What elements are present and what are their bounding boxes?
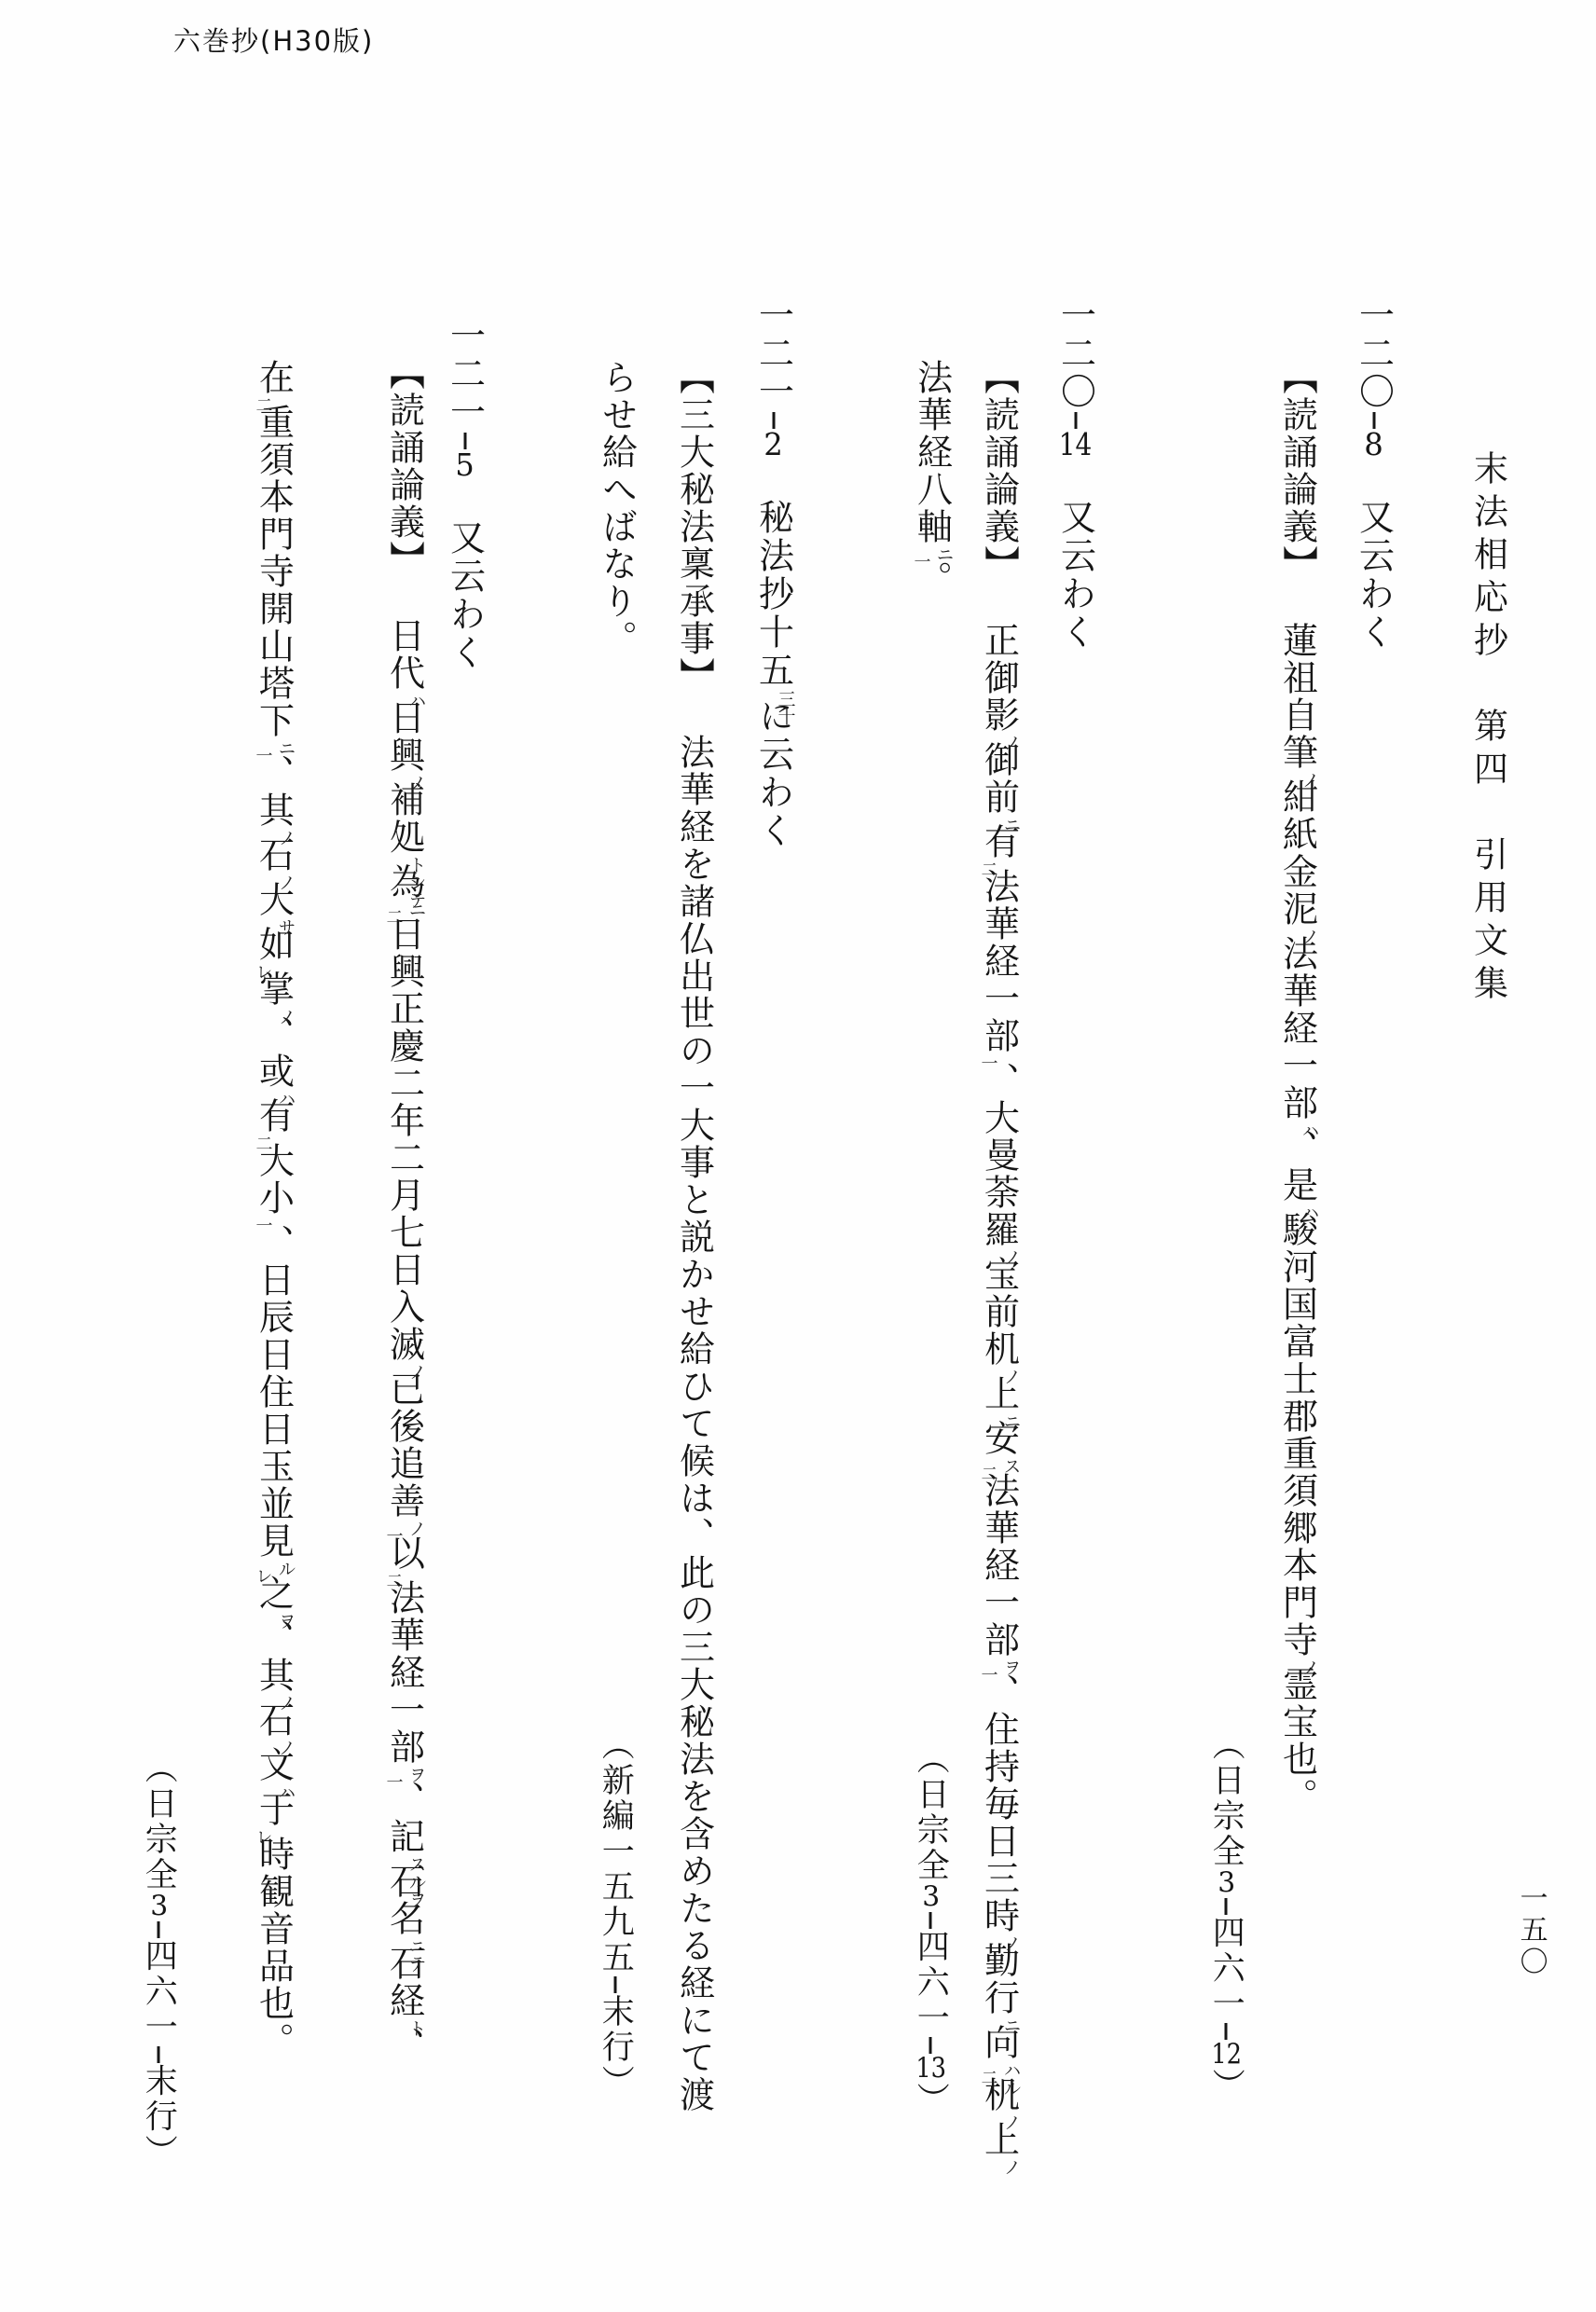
entry-121-5-heading: 一二一5又云わく xyxy=(445,317,485,672)
document-title: 末法相応抄 第四 引用文集 xyxy=(1468,450,1507,1008)
entry-121-5-passage-col-1: 【読誦論義】日代ハ日興ノ補処トシテ為ニ二日興正慶二年二月七日入滅ノ已後追善ノ一以… xyxy=(384,354,424,2064)
entry-120-8-citation: （日宗全3四六一12） xyxy=(1207,1727,1244,2104)
page-number: 一五〇 xyxy=(1515,1883,1547,1978)
entry-120-14-passage-col-1: 【読誦論義】正御影ノ御前ニ有二法華経一部一、大曼荼羅ノ宝前机ノ上ニ安ス二法華経一… xyxy=(979,359,1019,2166)
entry-121-5-passage-col-2: 在二重須本門寺開山塔下ニ一、其ノ石ノ大サ如レ掌ノ、或ハ有二大小一、日辰日住日玉並… xyxy=(254,359,294,2059)
entry-121-5-citation: （日宗全3四六一末行） xyxy=(140,1751,176,2170)
entry-121-2-passage-col-2: らせ給へばなり。 xyxy=(597,359,637,657)
entry-120-8-passage: 【読誦論義】蓮祖自筆ノ紺紙金泥ノ法華経一部ハ、是ハ駿河国富士郡重須郷本門寺ノ霊宝… xyxy=(1277,359,1317,1815)
entry-121-2-heading: 一二一2秘法抄十五三十に云わく xyxy=(753,296,793,850)
entry-121-2-citation: （新編一五九五末行） xyxy=(597,1727,633,2100)
entry-121-2-passage-col-1: 【三大秘法稟承事】法華経を諸仏出世の一大事と説かせ給ひて候は、此の三大秘法を含め… xyxy=(674,359,714,2113)
scanned-document-page: 六巻抄(H30版) 末法相応抄 第四 引用文集 一五〇 一二〇8又云わく 【読誦… xyxy=(0,0,1596,2312)
entry-120-8-heading: 一二〇8又云わく xyxy=(1354,296,1394,652)
edition-header: 六巻抄(H30版) xyxy=(173,21,374,59)
entry-120-14-passage-col-2: 法華経八軸ニ一。 xyxy=(912,359,952,598)
entry-120-14-heading: 一二〇14又云わく xyxy=(1055,296,1095,652)
entry-120-14-citation: （日宗全3四六一13） xyxy=(912,1741,948,2118)
